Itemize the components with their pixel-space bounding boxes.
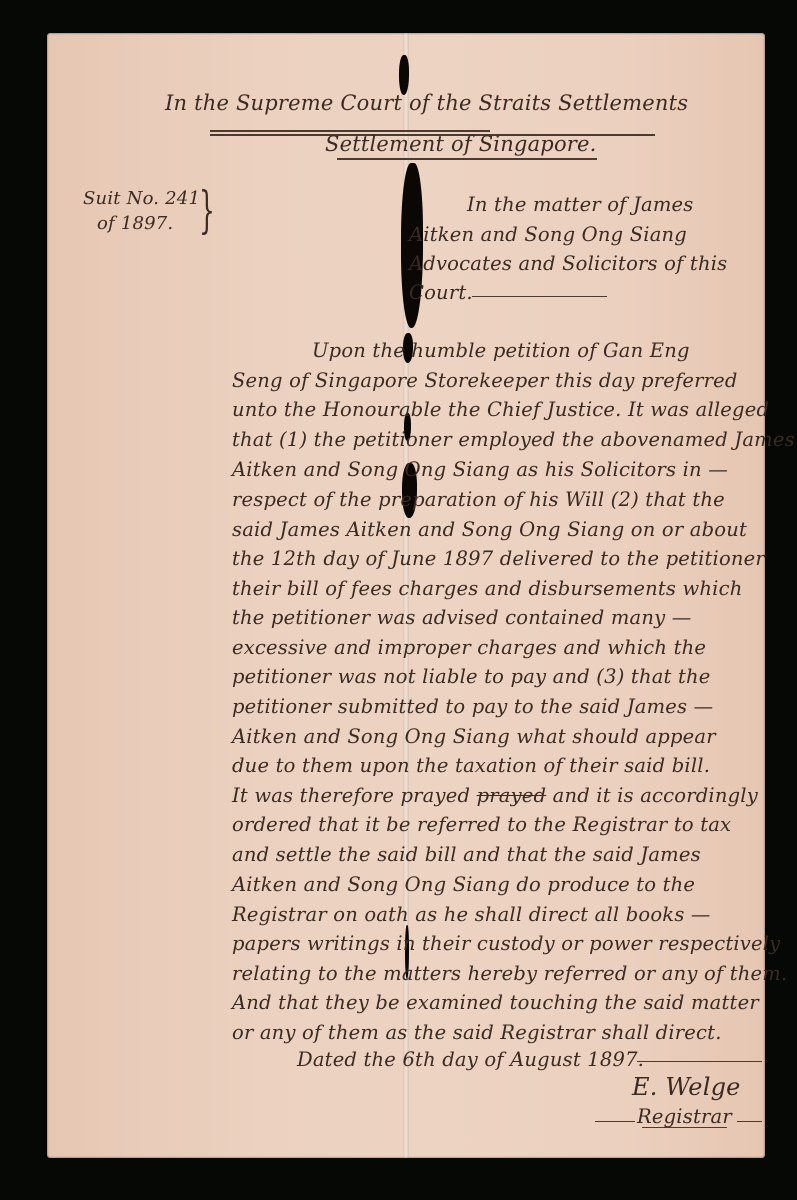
body-text: It was therefore prayed [232, 784, 470, 807]
brace-glyph: } [199, 181, 215, 239]
body-line: ordered that it be referred to the Regis… [232, 813, 731, 836]
suit-year: of 1897. [97, 213, 173, 234]
body-line: And that they be examined touching the s… [232, 991, 759, 1014]
body-line: petitioner was not liable to pay and (3)… [232, 665, 711, 688]
body-line: Upon the humble petition of Gan Eng [312, 339, 690, 362]
body-line: the petitioner was advised contained man… [232, 606, 691, 629]
body-line: It was therefore prayed prayed and it is… [232, 784, 758, 807]
body-text: and it is accordingly [553, 784, 758, 807]
body-line: Seng of Singapore Storekeeper this day p… [232, 369, 738, 392]
matter-rule [472, 296, 607, 297]
matter-line: Court. [409, 281, 473, 304]
body-line: said James Aitken and Song Ong Siang on … [232, 518, 747, 541]
matter-line: Aitken and Song Ong Siang [409, 223, 687, 246]
body-line: papers writings in their custody or powe… [232, 932, 780, 955]
body-line: respect of the preparation of his Will (… [232, 488, 725, 511]
struck-out-word: prayed [477, 784, 547, 807]
signature-underline [642, 1127, 727, 1128]
signature-rule [595, 1121, 635, 1122]
dated-rule [637, 1061, 762, 1062]
body-line: Aitken and Song Ong Siang as his Solicit… [232, 458, 728, 481]
body-line: due to them upon the taxation of their s… [232, 754, 710, 777]
settlement-heading: Settlement of Singapore. [325, 132, 597, 156]
registrar-title: Registrar [637, 1105, 732, 1128]
signature-rule [737, 1121, 762, 1122]
body-line: unto the Honourable the Chief Justice. I… [232, 398, 769, 421]
body-line: excessive and improper charges and which… [232, 636, 706, 659]
body-line: their bill of fees charges and disbursem… [232, 577, 743, 600]
dated-line: Dated the 6th day of August 1897. [297, 1048, 644, 1071]
matter-line: In the matter of James [467, 193, 693, 216]
body-line: relating to the matters hereby referred … [232, 962, 787, 985]
body-line: Aitken and Song Ong Siang what should ap… [232, 725, 716, 748]
body-line: or any of them as the said Registrar sha… [232, 1021, 722, 1044]
body-line: the 12th day of June 1897 delivered to t… [232, 547, 765, 570]
registrar-signature: E. Welge [632, 1073, 741, 1101]
paper-hole [399, 55, 409, 95]
body-line: Aitken and Song Ong Siang do produce to … [232, 873, 695, 896]
body-line: that (1) the petitioner employed the abo… [232, 428, 795, 451]
settlement-underline [337, 158, 597, 160]
court-heading: In the Supreme Court of the Straits Sett… [165, 91, 688, 115]
body-line: petitioner submitted to pay to the said … [232, 695, 713, 718]
body-line: Registrar on oath as he shall direct all… [232, 903, 711, 926]
body-line: and settle the said bill and that the sa… [232, 843, 701, 866]
suit-number: Suit No. 241 [83, 188, 200, 209]
matter-line: Advocates and Solicitors of this [409, 252, 727, 275]
document-page: In the Supreme Court of the Straits Sett… [47, 33, 765, 1158]
